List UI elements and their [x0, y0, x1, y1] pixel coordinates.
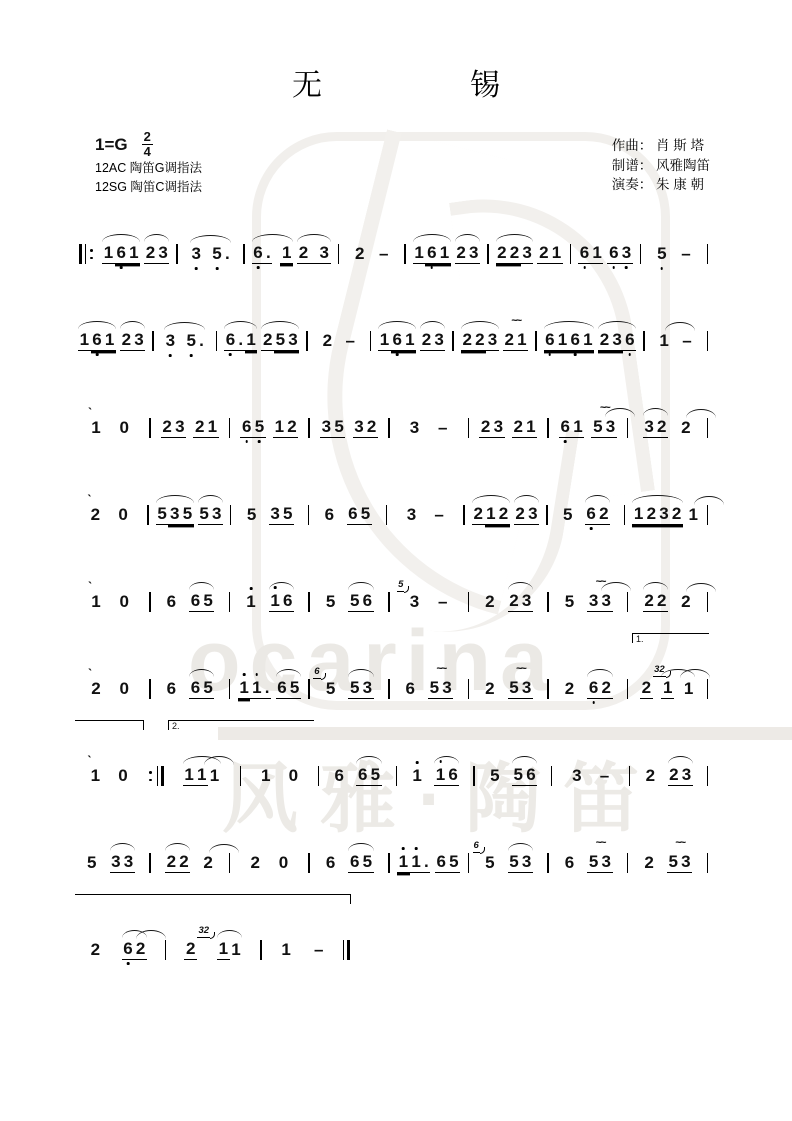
- note-group: –: [680, 245, 693, 264]
- slur-arc: [198, 495, 223, 503]
- note-char: 6: [281, 592, 294, 609]
- low-octave-dot: [564, 440, 567, 443]
- note-char: 2: [420, 331, 433, 348]
- note-char: 1: [89, 767, 102, 784]
- barline-thin: [487, 244, 488, 264]
- note-char: 2: [161, 418, 174, 435]
- slur-arc: [348, 843, 373, 851]
- note-char: 3: [210, 505, 223, 522]
- note-group: 56: [512, 766, 537, 786]
- barline-thin: [306, 331, 307, 351]
- note-char: 5: [428, 679, 441, 696]
- note-group: 12: [273, 418, 298, 438]
- barline-thin: [627, 679, 628, 699]
- trill-mark: ~~: [436, 664, 445, 675]
- note-group: 5: [85, 854, 98, 873]
- note-group: 1: [280, 941, 293, 960]
- header: 无 锡 1=G 2 4 12AC 陶笛G调指法 12SG 陶笛C调指法 作曲： …: [0, 0, 792, 104]
- note-char: 3: [680, 766, 693, 783]
- note-char: –: [377, 245, 390, 262]
- note-group: 56: [324, 680, 337, 699]
- note-char: 6: [559, 418, 572, 435]
- slur-arc: [472, 495, 510, 503]
- note-char: 6: [563, 854, 576, 871]
- note-char: 5: [211, 245, 224, 262]
- tie-arc: [605, 408, 635, 417]
- fingering-note-1: 12AC 陶笛G调指法: [95, 161, 202, 177]
- note-char: –: [598, 767, 611, 784]
- beam-segment: 6: [563, 854, 576, 873]
- beam-segment: 53: [348, 679, 373, 699]
- low-octave-dot: [96, 353, 99, 356]
- note-char: [177, 332, 185, 349]
- barline-bar: [707, 853, 708, 873]
- note-char: 5: [348, 679, 361, 696]
- measure: 3–: [391, 506, 459, 525]
- barline-thin: [707, 766, 708, 786]
- note-char: 5: [508, 679, 521, 696]
- measure: 665: [314, 853, 384, 873]
- note-char: 5: [484, 854, 497, 871]
- beam-segment: 2: [353, 245, 366, 264]
- barline-thin: [338, 244, 339, 264]
- note-char: [203, 245, 211, 262]
- note-group: 62: [122, 940, 147, 960]
- note-char: 2: [472, 505, 485, 522]
- beam-segment: –: [312, 941, 325, 960]
- note-char: 3: [441, 679, 454, 696]
- beam-segment: 3: [405, 506, 418, 525]
- slur-arc: [348, 582, 373, 590]
- beam-segment: 23: [297, 244, 331, 264]
- beam-segment: 22: [496, 244, 521, 264]
- beam-segment: 53: [667, 853, 692, 873]
- note-char: 2: [353, 245, 366, 262]
- barline-thin: [386, 505, 387, 525]
- note-char: 2: [597, 505, 610, 522]
- note-char: 1: [572, 418, 585, 435]
- beam-segment: 1: [217, 940, 230, 960]
- note-char: 3: [122, 853, 135, 870]
- note-char: 1: [103, 331, 116, 348]
- note-char: 5: [274, 331, 287, 348]
- note-char: 2: [643, 854, 656, 871]
- note-char: 3: [110, 853, 123, 870]
- beam-segment: 0: [287, 767, 300, 786]
- note-group: 5: [489, 767, 502, 786]
- note-group: 1232: [632, 505, 683, 525]
- beam-segment: 62: [122, 940, 147, 960]
- barline-thin: [149, 679, 150, 699]
- beam-segment: 2: [484, 680, 497, 699]
- slur-arc: [189, 582, 214, 590]
- beam-segment: 6: [323, 506, 336, 525]
- music-line: 1`066511655635–223533~~222: [75, 546, 712, 612]
- beam-segment: 16: [434, 766, 459, 786]
- note-group: 236: [598, 331, 636, 351]
- note-char: 6: [585, 505, 598, 522]
- beam-segment: 2: [249, 854, 262, 873]
- beam-segment: 5: [484, 854, 497, 873]
- note-group: 6: [563, 854, 576, 873]
- note-group: 6.1: [252, 244, 293, 264]
- note-group: 32: [643, 418, 668, 438]
- low-octave-dot: [120, 266, 123, 269]
- slur-arc: [348, 669, 373, 677]
- beam-segment: –: [433, 506, 446, 525]
- barline-bar: [308, 418, 309, 438]
- barline-bar: [149, 853, 150, 873]
- note-char: 2: [461, 331, 474, 348]
- beam-segment: 6: [333, 767, 346, 786]
- note-group: 5: [561, 506, 574, 525]
- barline-bar: [216, 331, 217, 351]
- note-char: 1: [410, 853, 423, 870]
- time-signature-numerator: 2: [144, 130, 151, 144]
- note-char: 1: [230, 941, 243, 958]
- slur-arc: [643, 582, 668, 590]
- low-octave-dot: [629, 353, 632, 356]
- barline-thin: [308, 679, 309, 699]
- beam-segment: 35: [168, 505, 193, 525]
- score: 1612335.6.1232–161232232161635–1612335.6…: [75, 198, 712, 981]
- beam-segment: 6.: [252, 244, 273, 264]
- beam-segment: 65: [189, 592, 214, 612]
- note-char: 0: [117, 506, 130, 523]
- note-group: 6: [404, 680, 417, 699]
- beam-segment: 22: [461, 331, 486, 351]
- measure: 533~~: [553, 592, 623, 612]
- barline-bar: [707, 418, 708, 438]
- beam-segment: 2: [261, 331, 274, 351]
- note-char: 6: [276, 679, 289, 696]
- note-char: 5: [489, 767, 502, 784]
- measure: 5–: [645, 245, 702, 264]
- note-char: 5: [288, 679, 301, 696]
- note-group: 2: [563, 680, 576, 699]
- note-char: 3: [361, 679, 374, 696]
- measure: 5653: [473, 853, 543, 873]
- barline-thin: [240, 766, 241, 786]
- note-char: 0: [118, 593, 131, 610]
- grace-notes: 6: [473, 841, 480, 853]
- barline-thin: [388, 679, 389, 699]
- beam-segment: 35: [269, 505, 294, 525]
- beam-segment: –: [680, 245, 693, 264]
- note-char: 1: [78, 331, 91, 348]
- beam-segment: –: [598, 767, 611, 786]
- slur-arc: [668, 756, 693, 764]
- tie-continuation-mark: `: [86, 754, 90, 767]
- barline-thin: [149, 418, 150, 438]
- barline-bar: [627, 592, 628, 612]
- note-char: 2: [286, 418, 299, 435]
- barline-thin: [260, 940, 261, 960]
- note-char: 2: [484, 593, 497, 610]
- music-line: 2`0535535356653–2122356212321: [75, 459, 712, 525]
- beam-segment: 23: [455, 244, 480, 264]
- beam-segment: 1: [378, 331, 391, 351]
- repeat-dots: [90, 244, 93, 264]
- beam-segment: 1: [90, 419, 103, 438]
- note-group: 212: [472, 505, 510, 525]
- song-title-char-1: 无: [292, 60, 322, 104]
- note-group: –: [312, 941, 325, 960]
- note-char: 2: [680, 593, 693, 610]
- beam-segment: 23: [120, 331, 145, 351]
- note-char: 5: [156, 505, 169, 522]
- note-char: 1: [378, 331, 391, 348]
- measure: 22321: [493, 244, 566, 264]
- note-char: 3: [269, 505, 282, 522]
- note-group: 5: [245, 506, 258, 525]
- trill-mark: ~~: [675, 838, 684, 849]
- beam-segment: 65: [347, 505, 372, 525]
- low-octave-dot: [590, 527, 593, 530]
- note-char: 5: [85, 854, 98, 871]
- slur-arc: [632, 495, 683, 503]
- note-group: 53~~: [587, 853, 612, 873]
- note-char: 1: [208, 767, 221, 784]
- trill-mark: ~~: [595, 577, 604, 588]
- barline-thick: [347, 940, 350, 960]
- low-octave-dot: [258, 440, 261, 443]
- beam-segment: 1: [413, 244, 426, 264]
- note-char: 6: [165, 680, 178, 697]
- measure: 653~~: [553, 853, 623, 873]
- measure: 556: [479, 766, 547, 786]
- note-char: 1: [250, 679, 263, 696]
- barline-thin: [547, 853, 548, 873]
- beam-segment: 53: [428, 679, 453, 699]
- barline-bar: [308, 505, 309, 525]
- note-char: 2: [655, 592, 668, 609]
- beam-segment: 32: [353, 418, 378, 438]
- note-group: 21: [512, 418, 537, 438]
- note-group: 21: [193, 418, 218, 438]
- low-octave-dot: [396, 353, 399, 356]
- note-char: 2: [640, 679, 653, 696]
- beam-segment: 56: [512, 766, 537, 786]
- beam-segment: 33: [587, 592, 612, 612]
- barline-bar: [229, 853, 230, 873]
- beam-segment: 1: [658, 332, 671, 351]
- note-char: 3: [526, 505, 539, 522]
- note-char: 5: [512, 766, 525, 783]
- note-char: 6: [425, 244, 438, 261]
- note-char: 3: [168, 505, 181, 522]
- note-char: 3: [320, 418, 333, 435]
- note-group: 2: [680, 593, 693, 612]
- slur-arc: [544, 321, 595, 329]
- barline-thick: [161, 766, 164, 786]
- beam-segment: –: [436, 593, 449, 612]
- note-group: –: [433, 506, 446, 525]
- note-char: 2: [645, 505, 658, 522]
- note-group: –: [598, 767, 611, 786]
- barline-thin: [547, 592, 548, 612]
- song-title-char-2: 锡: [470, 60, 500, 104]
- barline-bar: [487, 244, 488, 264]
- note-char: 3: [643, 418, 656, 435]
- note-char: 1: [682, 680, 695, 697]
- beam-segment: 21: [537, 244, 562, 264]
- note-char: 5: [359, 505, 372, 522]
- slur-arc: [496, 234, 534, 242]
- note-group: 1`: [90, 593, 103, 612]
- beam-segment: 0: [277, 854, 290, 873]
- barline-thin: [551, 766, 552, 786]
- note-group: 6.1: [224, 331, 257, 351]
- note-char: 2: [508, 244, 521, 261]
- note-group: –: [436, 593, 449, 612]
- note-char: 1: [206, 418, 219, 435]
- note-char: 1: [128, 244, 141, 261]
- beam-segment: 2: [644, 767, 657, 786]
- trill-mark: ~~: [600, 403, 609, 414]
- beam-segment: 2: [680, 419, 693, 438]
- note-char: .: [422, 853, 430, 870]
- note-group: 2: [643, 854, 656, 873]
- beam-segment: 2: [184, 940, 197, 960]
- beam-segment: 1: [245, 593, 258, 612]
- measure: 35–: [394, 593, 464, 612]
- note-group: 23: [297, 244, 331, 264]
- barline-bar: [370, 331, 371, 351]
- note-group: 1: [259, 767, 272, 786]
- beam-segment: 6161: [544, 331, 595, 351]
- measure: 6161236: [541, 331, 640, 351]
- beam-segment: 2: [321, 332, 334, 351]
- barline-bar: [468, 679, 469, 699]
- note-char: 3: [190, 245, 203, 262]
- note-char: 5: [202, 679, 215, 696]
- note-char: 6: [391, 331, 404, 348]
- note-group: 65: [189, 592, 214, 612]
- measure: 533: [75, 853, 145, 873]
- note-group: 6: [165, 680, 178, 699]
- barline-bar: [388, 679, 389, 699]
- measure: 665: [313, 505, 381, 525]
- note-char: 5: [369, 766, 382, 783]
- barline-thin: [176, 244, 177, 264]
- note-char: 6: [356, 766, 369, 783]
- note-group: 0: [277, 854, 290, 873]
- barline-thin: [165, 940, 166, 960]
- beam-segment: 53: [508, 853, 533, 873]
- note-char: 5: [181, 505, 194, 522]
- note-char: 1: [516, 331, 529, 348]
- measure: 22321~~: [458, 331, 531, 351]
- note-char: 6: [623, 331, 636, 348]
- note-group: 22: [165, 853, 190, 873]
- measure: 223: [473, 592, 543, 612]
- measure: 111: [168, 766, 236, 786]
- note-char: 6: [165, 593, 178, 610]
- barline-bar: [629, 766, 630, 786]
- note-group: 161: [78, 331, 116, 351]
- barline-thin: [243, 244, 244, 264]
- note-group: 253: [261, 331, 299, 351]
- note-char: 3: [600, 853, 613, 870]
- note-char: –: [680, 245, 693, 262]
- beam-segment: 6: [623, 331, 636, 351]
- beam-segment: 1232: [632, 505, 683, 525]
- note-char: 2: [165, 853, 178, 870]
- note-group: 223: [496, 244, 534, 264]
- barline-thin: [707, 592, 708, 612]
- beam-segment: 1.: [410, 853, 431, 873]
- volta-bracket: 1.: [632, 633, 709, 643]
- measure: 23211: [632, 679, 702, 699]
- note-group: 23: [120, 331, 145, 351]
- slur-arc: [514, 495, 539, 503]
- barline-thin: [404, 244, 405, 264]
- note-group: 111: [183, 766, 221, 786]
- beam-segment: 32: [643, 418, 668, 438]
- tie-continuation-mark: `: [87, 667, 91, 680]
- note-group: 61: [578, 244, 603, 264]
- note-group: 56: [348, 592, 373, 612]
- note-char: 1: [273, 418, 286, 435]
- tie-arc: [136, 930, 166, 939]
- beam-segment: 53: [198, 505, 223, 525]
- measure: 3532: [314, 418, 384, 438]
- measure: 1`0: [75, 767, 143, 786]
- beam-segment: 23: [161, 418, 186, 438]
- slur-arc: [78, 321, 116, 329]
- measure: 653~~: [394, 679, 464, 699]
- measure: 21223: [469, 505, 542, 525]
- note-char: 5: [591, 418, 604, 435]
- high-octave-dot: [416, 761, 419, 764]
- note-group: 3: [405, 506, 418, 525]
- barline-thin: [707, 331, 708, 351]
- note-char: 3: [353, 418, 366, 435]
- beam-segment: 11: [183, 766, 208, 786]
- music-line: 1`02321651235323–23216153~~322: [75, 372, 712, 438]
- note-group: 63: [607, 244, 632, 264]
- barline-thin: [624, 505, 625, 525]
- barline-thin: [152, 331, 153, 351]
- note-group: 11: [217, 940, 242, 960]
- music-line: 2`066511.655653653~~253~~262232111.: [75, 633, 712, 699]
- barline-thin: [388, 853, 389, 873]
- measure: 16123: [99, 244, 172, 264]
- key-and-time: 1=G 2 4: [95, 130, 202, 158]
- barline-bar: [260, 940, 261, 960]
- volta-bracket: 2.: [168, 720, 314, 730]
- barline-bar: [707, 244, 708, 264]
- note-char: 0: [118, 680, 131, 697]
- note-char: 1: [687, 506, 700, 523]
- beam-segment: 1: [280, 941, 293, 960]
- note-char: 3: [520, 853, 533, 870]
- note-group: 6: [333, 767, 346, 786]
- tie-arc: [680, 669, 710, 678]
- beam-segment: 0: [117, 767, 130, 786]
- beam-segment: 1: [78, 331, 91, 351]
- note-char: 1: [90, 593, 103, 610]
- note-group: 65: [189, 679, 214, 699]
- measure: 6.123: [249, 244, 334, 264]
- note-char: 1: [183, 766, 196, 783]
- barline-thin: [216, 331, 217, 351]
- note-char: 1: [195, 766, 208, 783]
- barline-bar: [396, 766, 397, 786]
- barline-thin: [308, 592, 309, 612]
- barline-thin: [370, 331, 371, 351]
